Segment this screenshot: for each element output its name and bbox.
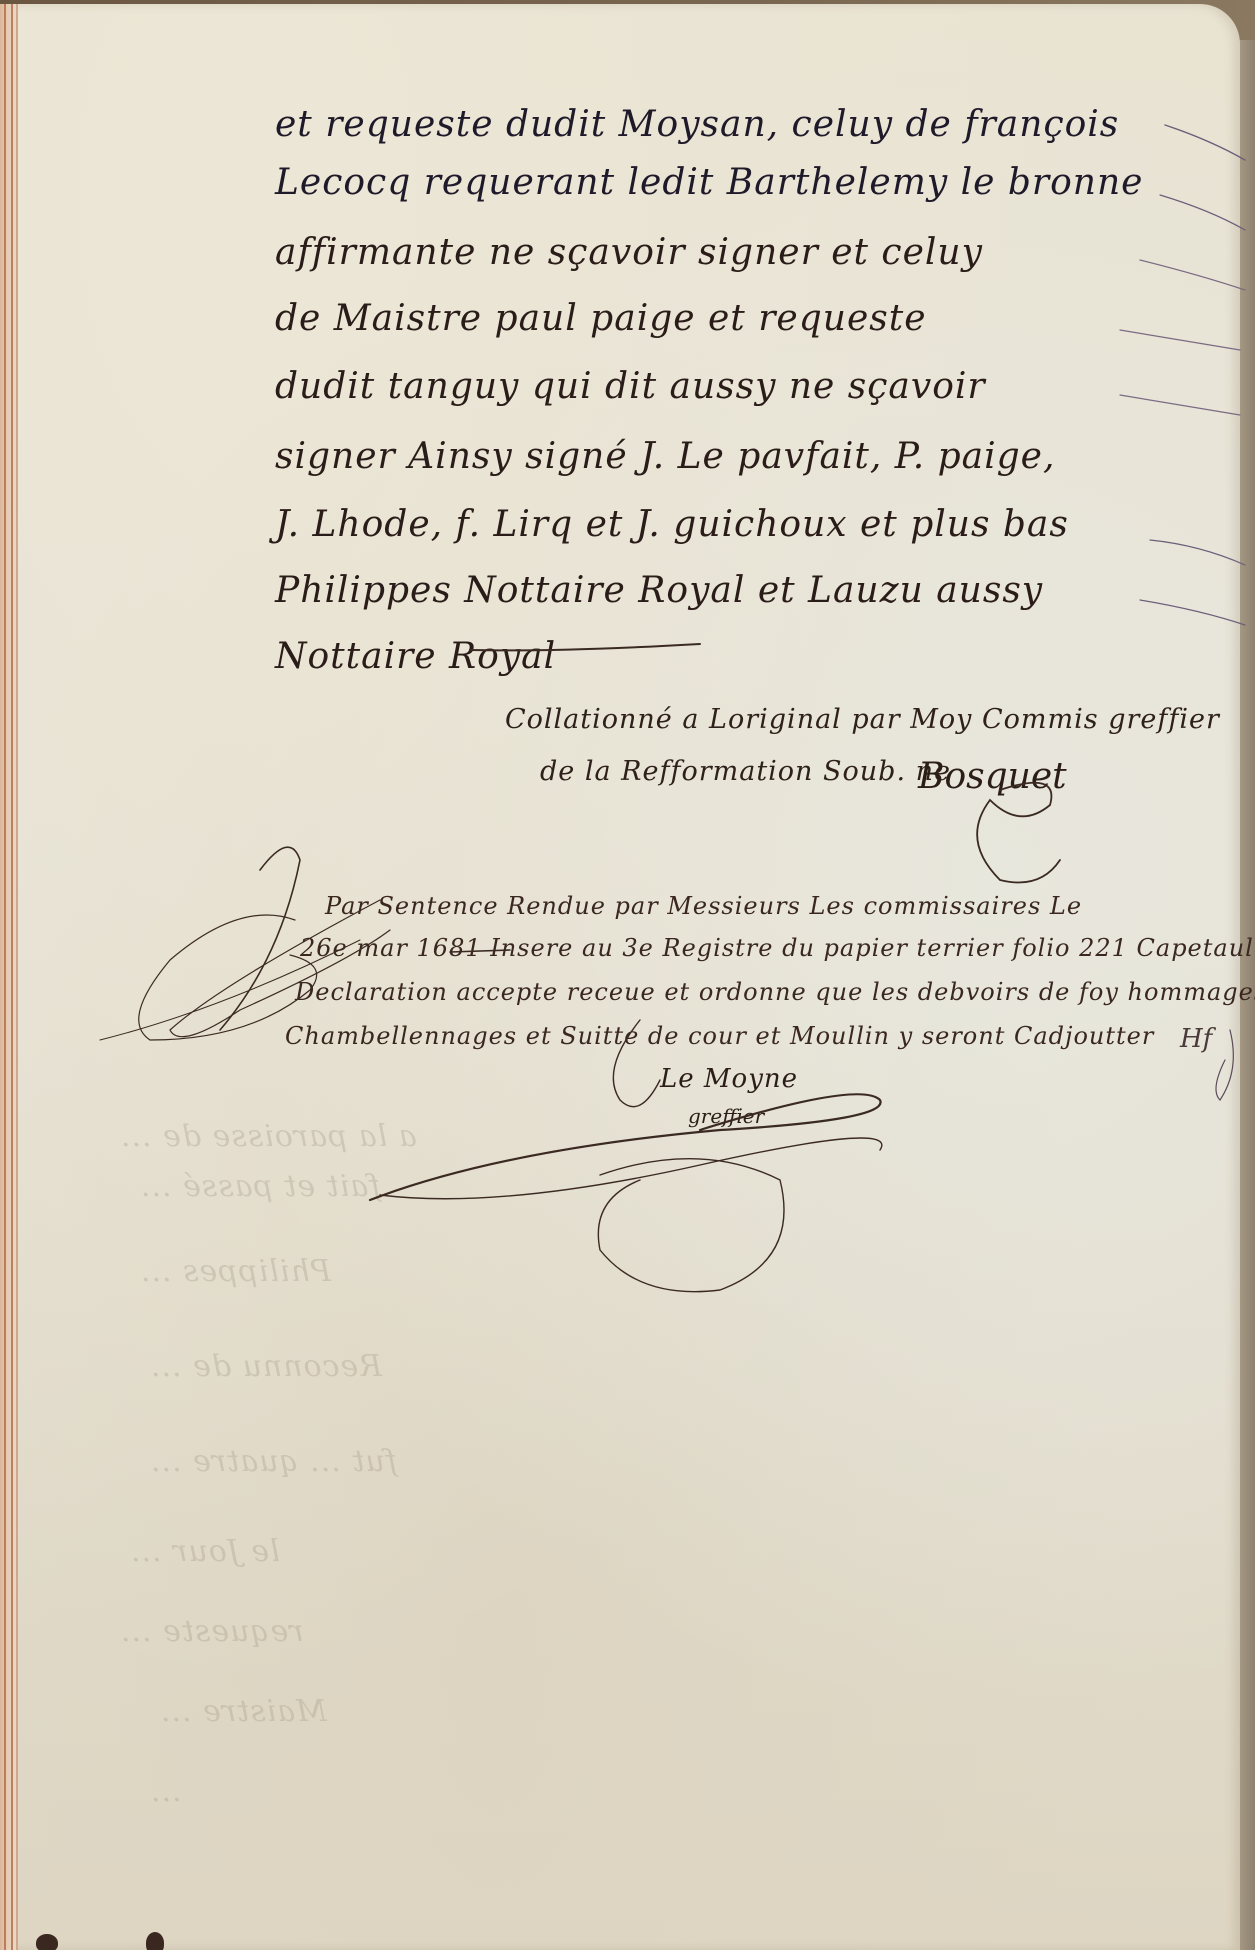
sentence-line: 26e mar 1681 Insere au 3e Registre du pa…	[300, 934, 1255, 962]
text-line: Lecocq requerant ledit Barthelemy le bro…	[275, 162, 1144, 203]
bosquet-signature: Bosquet	[918, 756, 1067, 797]
sentence-line: Par Sentence Rendue par Messieurs Les co…	[325, 892, 1082, 920]
manuscript-page: a la paroisse de ... fait et passé ... P…	[0, 4, 1240, 1950]
text-line: Philippes Nottaire Royal et Lauzu aussy	[275, 570, 1043, 611]
bleed-through-line: fut ... quatre ...	[150, 1444, 397, 1479]
note-line: de la Refformation Soub. ne	[540, 756, 951, 787]
text-line: signer Ainsy signé J. Le pavfait, P. pai…	[275, 436, 1055, 477]
bleed-through-line: a la paroisse de ...	[120, 1119, 417, 1154]
page-gutter	[0, 4, 18, 1950]
gutter-rule	[4, 4, 6, 1950]
greffier-signature: Le Moyne	[660, 1064, 798, 1094]
text-line: et requeste dudit Moysan, celuy de franç…	[275, 104, 1119, 145]
note-line: Collationné a Loriginal par Moy Commis g…	[505, 704, 1220, 735]
margin-mark: Hf	[1180, 1024, 1212, 1054]
ink-stain	[146, 1932, 164, 1950]
text-line: affirmante ne sçavoir signer et celuy	[275, 232, 983, 273]
text-line: Nottaire Royal	[275, 636, 556, 677]
text-line: de Maistre paul paige et requeste	[275, 298, 927, 339]
bleed-through-line: fait et passé ...	[140, 1169, 380, 1204]
sentence-line: Chambellennages et Suitte de cour et Mou…	[285, 1022, 1154, 1050]
bleed-through-line: Maistre ...	[160, 1694, 327, 1729]
text-line: J. Lhode, f. Lirq et J. guichoux et plus…	[275, 504, 1069, 545]
bleed-through-line: le Jour ...	[130, 1534, 280, 1569]
greffier-title: greffier	[688, 1104, 764, 1128]
bleed-through-line: Reconnu de ...	[150, 1349, 382, 1384]
bleed-through-line: Philippes ...	[140, 1254, 331, 1289]
ink-stain	[36, 1934, 58, 1950]
bleed-through-line: requeste ...	[120, 1614, 304, 1649]
sentence-line: Declaration accepte receue et ordonne qu…	[295, 978, 1255, 1006]
text-line: dudit tanguy qui dit aussy ne sçavoir	[275, 366, 986, 407]
gutter-rule	[11, 4, 13, 1950]
bleed-through-line: ...	[150, 1774, 182, 1809]
gutter-rule	[16, 4, 18, 1950]
